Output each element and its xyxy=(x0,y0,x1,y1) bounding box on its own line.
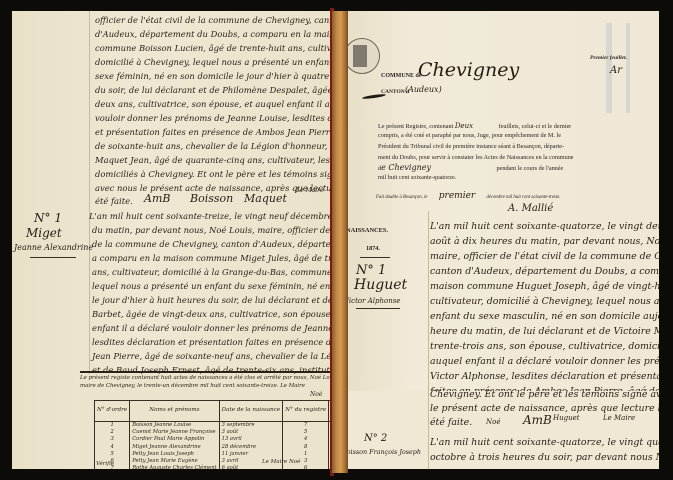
cell: Cuenot Marie Jeanne Françoise xyxy=(130,429,219,436)
cell: 4 xyxy=(283,436,329,443)
cell: 28 décembre xyxy=(219,444,283,451)
cell: 3 août xyxy=(219,429,283,436)
cell: 1 xyxy=(283,451,329,458)
cell: Rothe Auguste Charles Clément xyxy=(130,465,219,469)
col-header: Date de la naissance xyxy=(219,401,283,422)
signature: Le Maire xyxy=(603,411,635,427)
cell: Boisson Jeanne Louise xyxy=(130,422,219,430)
cell: 13 avril xyxy=(219,436,283,443)
cell: Cordier Paul Marie Appolin xyxy=(130,436,219,443)
closing-note-line: maire de Chevigney, le trente-un décembr… xyxy=(80,382,305,391)
closing-signature: Noé xyxy=(310,390,322,399)
table-footer-left: Vérifié xyxy=(96,460,114,468)
table-row: 5 Petty Jean Louis Joseph 11 janvier 1 · xyxy=(95,451,333,458)
cell: 5 xyxy=(283,429,329,436)
closing-block: Le présent registe contenant huit actes … xyxy=(80,374,332,469)
right-page-lower: Chevigney. Et ont le père et les témoins… xyxy=(348,11,659,469)
cell: 1 xyxy=(95,422,130,430)
cell: Miget Jeanne Alexandrine xyxy=(130,444,219,451)
col-header: Noms et prénoms xyxy=(130,401,219,422)
table-row: 1 Boisson Jeanne Louise 3 septembre 7 · xyxy=(95,422,333,430)
table-row: 3 Cordier Paul Marie Appolin 13 avril 4 … xyxy=(95,436,333,443)
cell: 8 xyxy=(283,444,329,451)
section-rule xyxy=(80,371,330,373)
entry-number: N° 2 xyxy=(364,433,387,444)
entry-name: Boisson François Joseph xyxy=(348,448,421,456)
text-line: été faite. xyxy=(430,415,472,431)
cell: 4 xyxy=(95,444,130,451)
cell: Petty Jean Louis Joseph xyxy=(130,451,219,458)
signature: Noé xyxy=(486,415,500,431)
margin-rule xyxy=(428,391,429,469)
cell: 5 xyxy=(95,451,130,458)
text-line: octobre à trois heures du soir, par deva… xyxy=(430,450,659,466)
book-spine xyxy=(332,11,348,473)
cell: 2 xyxy=(95,429,130,436)
signature: AmB xyxy=(523,413,552,429)
cell: 3 xyxy=(95,436,130,443)
table-footer-right: Le Maire Noé xyxy=(262,458,300,466)
col-header: N° d'ordre xyxy=(95,401,130,422)
table-row: 4 Miget Jeanne Alexandrine 28 décembre 8… xyxy=(95,444,333,451)
lower-block: Chevigney. Et ont le père et les témoins… xyxy=(348,391,659,469)
cell: 7 xyxy=(283,422,329,430)
table-row: 2 Cuenot Marie Jeanne Françoise 3 août 5… xyxy=(95,429,333,436)
col-header: N° du registre xyxy=(283,401,329,422)
signature: Huguet xyxy=(553,411,580,427)
cell: 11 janvier xyxy=(219,451,283,458)
left-page-closing: Le présent registe contenant huit actes … xyxy=(12,11,332,469)
text-line: L'an mil huit cent soixante-quatorze, le… xyxy=(430,435,659,451)
